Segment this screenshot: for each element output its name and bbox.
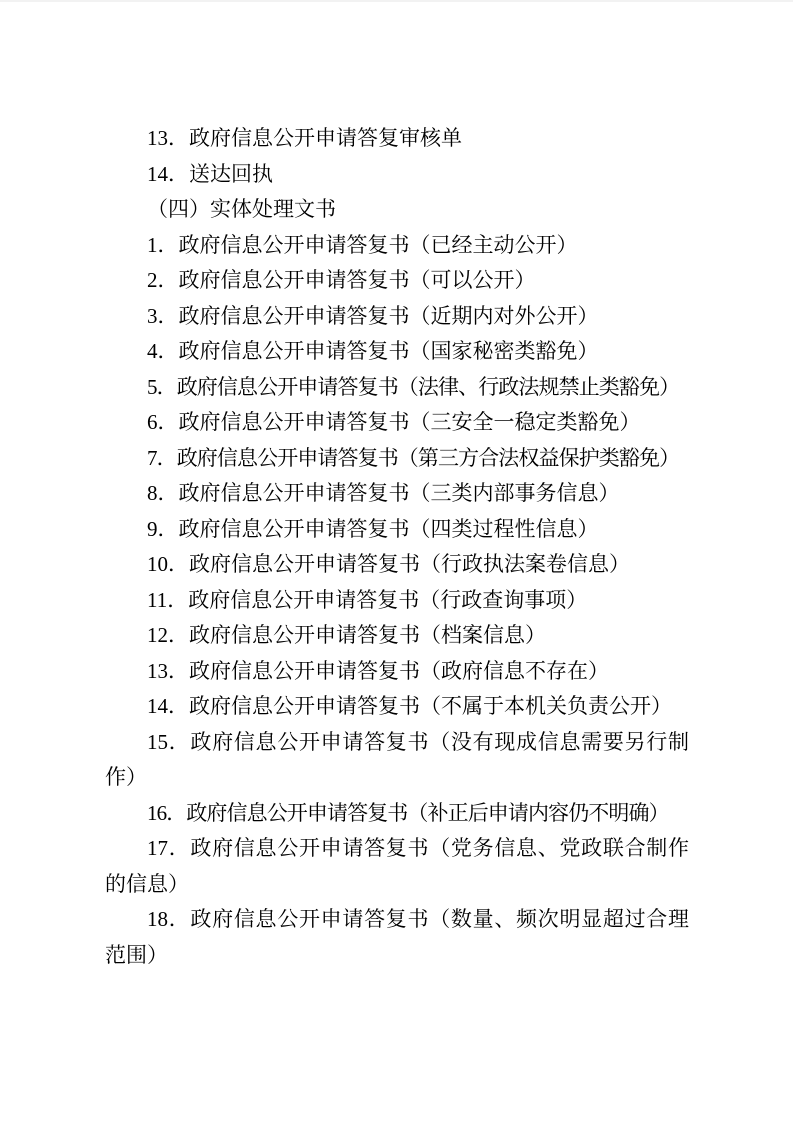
list-item-prev-13: 13．政府信息公开申请答复审核单	[105, 121, 689, 157]
list-item-prev-14: 14．送达回执	[105, 157, 689, 193]
list-item-12: 12．政府信息公开申请答复书（档案信息）	[105, 618, 689, 654]
list-item-18: 18．政府信息公开申请答复书（数量、频次明显超过合理范围）	[105, 902, 689, 973]
list-item-9: 9．政府信息公开申请答复书（四类过程性信息）	[105, 512, 689, 548]
list-item-6: 6．政府信息公开申请答复书（三安全一稳定类豁免）	[105, 405, 689, 441]
list-item-11: 11．政府信息公开申请答复书（行政查询事项）	[105, 583, 689, 619]
page-top-edge	[0, 0, 793, 2]
list-item-14: 14．政府信息公开申请答复书（不属于本机关负责公开）	[105, 689, 689, 725]
document-page: 13．政府信息公开申请答复审核单 14．送达回执 （四）实体处理文书 1．政府信…	[0, 0, 793, 1122]
list-item-16: 16．政府信息公开申请答复书（补正后申请内容仍不明确）	[105, 796, 689, 832]
list-item-3: 3．政府信息公开申请答复书（近期内对外公开）	[105, 299, 689, 335]
list-item-8: 8．政府信息公开申请答复书（三类内部事务信息）	[105, 476, 689, 512]
list-item-5: 5．政府信息公开申请答复书（法律、行政法规禁止类豁免）	[105, 370, 689, 406]
list-item-1: 1．政府信息公开申请答复书（已经主动公开）	[105, 228, 689, 264]
section-heading: （四）实体处理文书	[105, 192, 689, 228]
list-item-17: 17．政府信息公开申请答复书（党务信息、党政联合制作的信息）	[105, 831, 689, 902]
list-item-2: 2．政府信息公开申请答复书（可以公开）	[105, 263, 689, 299]
list-item-7: 7．政府信息公开申请答复书（第三方合法权益保护类豁免）	[105, 441, 689, 477]
list-item-4: 4．政府信息公开申请答复书（国家秘密类豁免）	[105, 334, 689, 370]
list-item-13: 13．政府信息公开申请答复书（政府信息不存在）	[105, 654, 689, 690]
list-item-15: 15．政府信息公开申请答复书（没有现成信息需要另行制作）	[105, 725, 689, 796]
list-item-10: 10．政府信息公开申请答复书（行政执法案卷信息）	[105, 547, 689, 583]
